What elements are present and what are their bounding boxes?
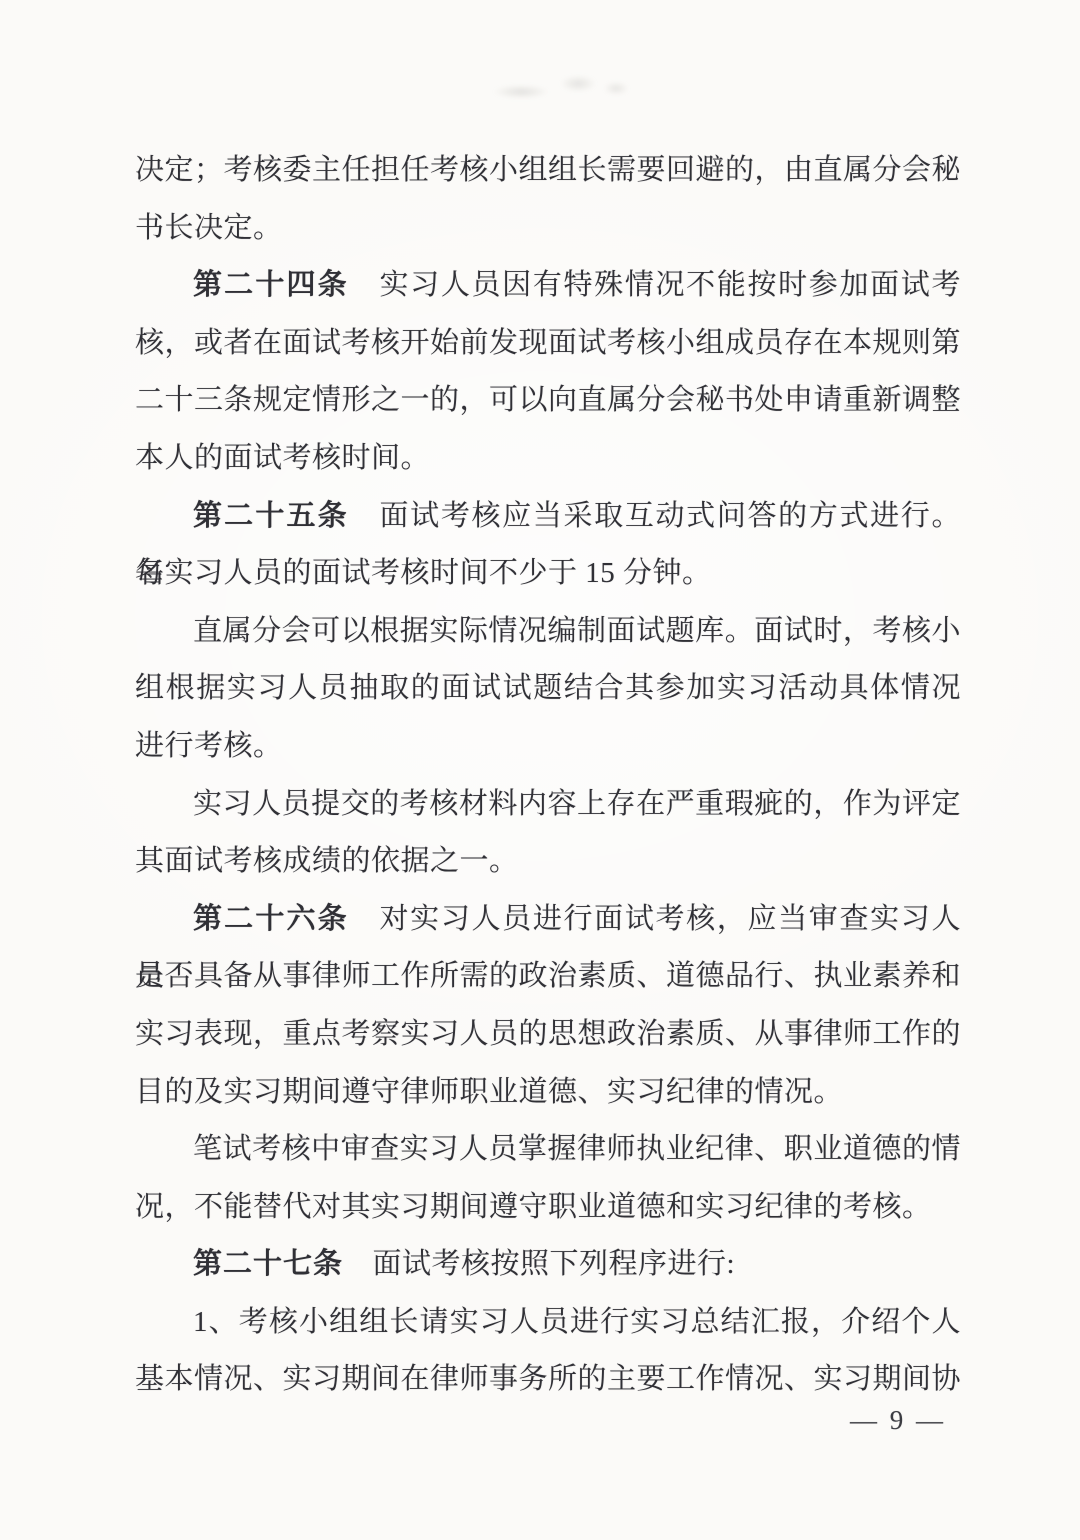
text-line: 二十三条规定情形之一的，可以向直属分会秘书处申请重新调整 [135, 372, 961, 430]
text-line: 第二十六条 对实习人员进行面试考核，应当审查实习人员 [135, 891, 961, 949]
text-line: 1、考核小组组长请实习人员进行实习总结汇报，介绍个人 [135, 1294, 961, 1352]
scan-smudge [468, 62, 658, 110]
text-line: 况，不能替代对其实习期间遵守职业道德和实习纪律的考核。 [135, 1179, 961, 1237]
text-line: 本人的面试考核时间。 [135, 430, 961, 488]
text-line: 书长决定。 [135, 200, 961, 258]
text-line: 组根据实习人员抽取的面试试题结合其参加实习活动具体情况 [135, 660, 961, 718]
text-line: 基本情况、实习期间在律师事务所的主要工作情况、实习期间协 [135, 1351, 961, 1409]
text-line: 决定；考核委主任担任考核小组组长需要回避的，由直属分会秘 [135, 142, 961, 200]
text-line: 名实习人员的面试考核时间不少于 15 分钟。 [135, 545, 961, 603]
document-body: 决定；考核委主任担任考核小组组长需要回避的，由直属分会秘 书长决定。 第二十四条… [135, 142, 961, 1409]
article-25-label: 第二十五条 [193, 500, 349, 532]
article-27-label: 第二十七条 [193, 1248, 343, 1280]
text-line: 第二十七条 面试考核按照下列程序进行: [135, 1236, 961, 1294]
text-line-rest: 面试考核按照下列程序进行: [343, 1248, 735, 1280]
text-line: 实习人员提交的考核材料内容上存在严重瑕疵的，作为评定 [135, 776, 961, 834]
page-number: — 9 — [840, 1398, 956, 1442]
text-line: 其面试考核成绩的依据之一。 [135, 833, 961, 891]
text-line: 目的及实习期间遵守律师职业道德、实习纪律的情况。 [135, 1064, 961, 1122]
text-line: 实习表现，重点考察实习人员的思想政治素质、从事律师工作的 [135, 1006, 961, 1064]
text-line: 是否具备从事律师工作所需的政治素质、道德品行、执业素养和 [135, 948, 961, 1006]
text-line: 第二十五条 面试考核应当采取互动式问答的方式进行。每 [135, 488, 961, 546]
article-26-label: 第二十六条 [193, 903, 349, 935]
document-page: 决定；考核委主任担任考核小组组长需要回避的，由直属分会秘 书长决定。 第二十四条… [0, 0, 1080, 1540]
text-line: 笔试考核中审查实习人员掌握律师执业纪律、职业道德的情 [135, 1121, 961, 1179]
text-line: 直属分会可以根据实际情况编制面试题库。面试时，考核小 [135, 603, 961, 661]
article-24-label: 第二十四条 [193, 269, 349, 301]
text-line: 第二十四条 实习人员因有特殊情况不能按时参加面试考 [135, 257, 961, 315]
text-line-rest: 实习人员因有特殊情况不能按时参加面试考 [349, 269, 961, 301]
text-line: 进行考核。 [135, 718, 961, 776]
text-line: 核，或者在面试考核开始前发现面试考核小组成员存在本规则第 [135, 315, 961, 373]
